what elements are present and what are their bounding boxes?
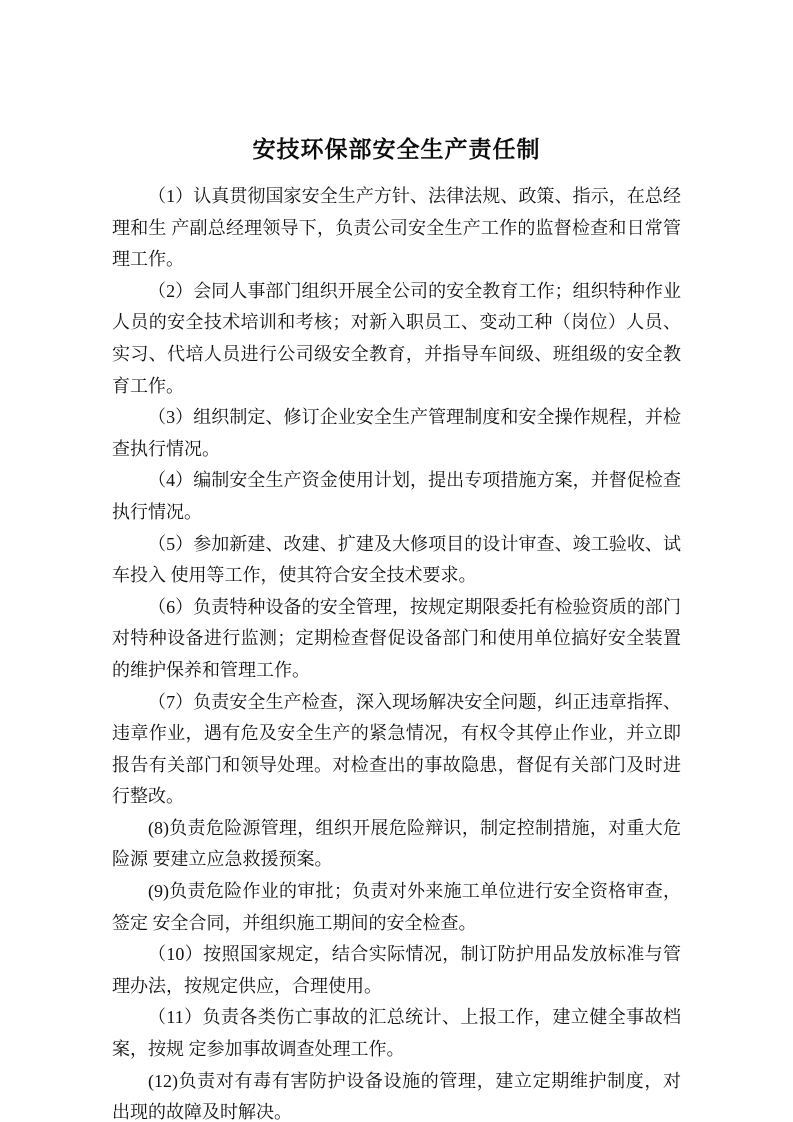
paragraph-6: （6）负责特种设备的安全管理，按规定期限委托有检验资质的部门对特种设备进行监测；…: [112, 592, 681, 687]
paragraph-12: (12)负责对有毒有害防护设备设施的管理，建立定期维护制度，对出现的故障及时解决…: [112, 1066, 681, 1122]
document-content: 安技环保部安全生产责任制 （1）认真贯彻国家安全生产方针、法律法规、政策、指示，…: [112, 132, 681, 1122]
paragraph-1: （1）认真贯彻国家安全生产方针、法律法规、政策、指示，在总经理和生 产副总经理领…: [112, 181, 681, 276]
paragraph-9: (9)负责危险作业的审批；负责对外来施工单位进行安全资格审查，签定 安全合同，并…: [112, 876, 681, 939]
paragraph-10: （10）按照国家规定，结合实际情况，制订防护用品发放标准与管理办法，按规定供应，…: [112, 939, 681, 1002]
paragraph-4: （4）编制安全生产资金使用计划，提出专项措施方案，并督促检查执行情况。: [112, 465, 681, 528]
paragraph-7: （7）负责安全生产检查，深入现场解决安全问题，纠正违章指挥、违章作业，遇有危及安…: [112, 687, 681, 813]
document-title: 安技环保部安全生产责任制: [112, 132, 681, 166]
paragraph-3: （3）组织制定、修订企业安全生产管理制度和安全操作规程，并检查执行情况。: [112, 402, 681, 465]
paragraph-8: (8)负责危险源管理，组织开展危险辩识，制定控制措施，对重大危险源 要建立应急救…: [112, 813, 681, 876]
paragraph-11: （11）负责各类伤亡事故的汇总统计、上报工作，建立健全事故档案，按规 定参加事故…: [112, 1002, 681, 1065]
paragraph-5: （5）参加新建、改建、扩建及大修项目的设计审查、竣工验收、试车投入 使用等工作，…: [112, 529, 681, 592]
paragraph-2: （2）会同人事部门组织开展全公司的安全教育工作；组织特种作业人员的安全技术培训和…: [112, 276, 681, 402]
document-page: 安技环保部安全生产责任制 （1）认真贯彻国家安全生产方针、法律法规、政策、指示，…: [0, 0, 793, 1122]
